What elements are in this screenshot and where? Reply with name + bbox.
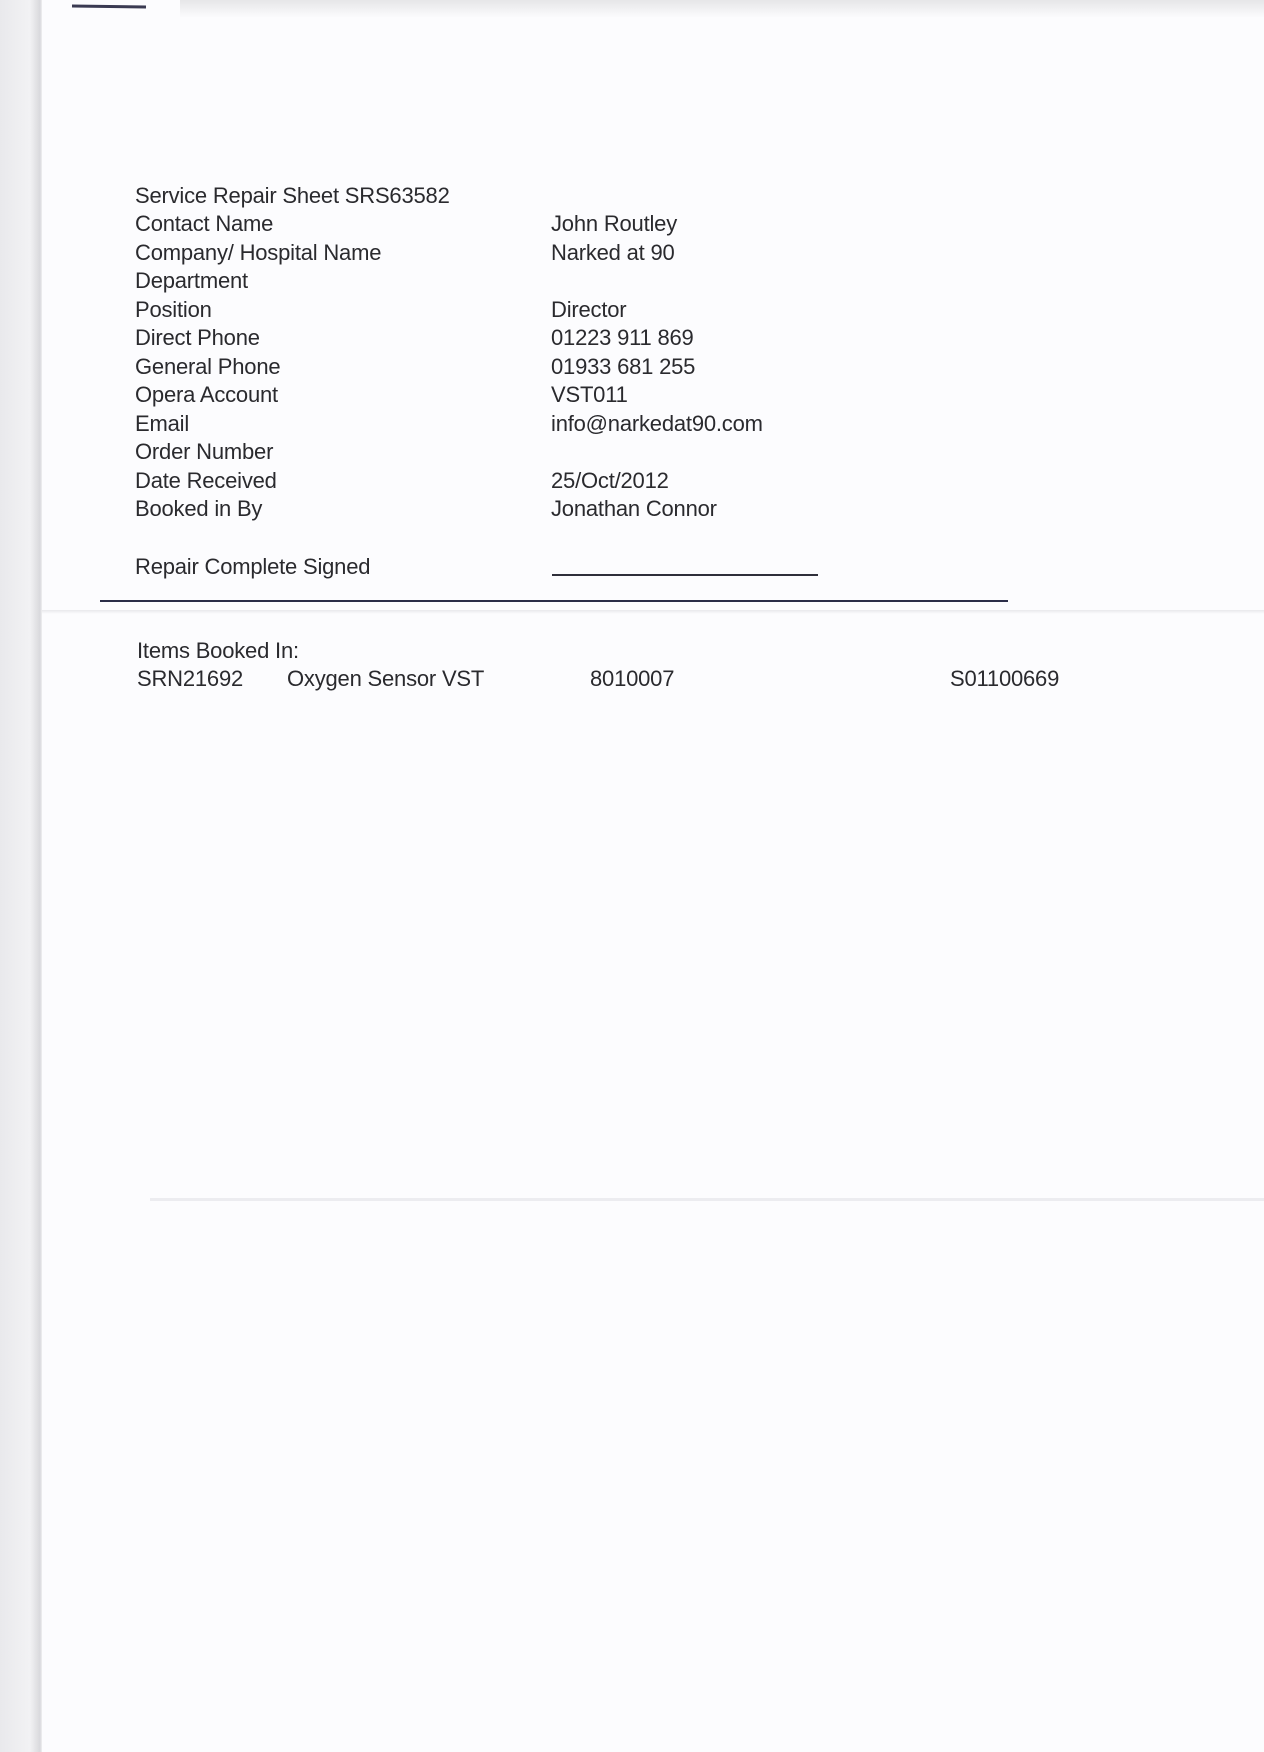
- general-phone-value: 01933 681 255: [551, 354, 695, 380]
- section-divider: [100, 600, 1008, 602]
- item-srn: SRN21692: [137, 666, 243, 692]
- position-value: Director: [551, 297, 626, 323]
- item-description: Oxygen Sensor VST: [287, 666, 484, 692]
- general-phone-label: General Phone: [135, 354, 280, 380]
- direct-phone-label: Direct Phone: [135, 325, 260, 351]
- booked-in-by-value: Jonathan Connor: [551, 496, 717, 522]
- date-received-label: Date Received: [135, 468, 277, 494]
- signature-line: [552, 574, 818, 576]
- service-repair-sheet: Service Repair Sheet SRS63582 Contact Na…: [0, 0, 1264, 1752]
- items-booked-in-heading: Items Booked In:: [137, 638, 299, 664]
- item-part-number: 8010007: [590, 666, 674, 692]
- company-name-value: Narked at 90: [551, 240, 675, 266]
- booked-in-by-label: Booked in By: [135, 496, 262, 522]
- contact-name-label: Contact Name: [135, 211, 273, 237]
- item-serial: S01100669: [950, 666, 1059, 692]
- paper-fold-lower: [150, 1198, 1264, 1201]
- position-label: Position: [135, 297, 212, 323]
- email-value: info@narkedat90.com: [551, 411, 763, 437]
- department-label: Department: [135, 268, 248, 294]
- contact-name-value: John Routley: [551, 211, 677, 237]
- opera-account-value: VST011: [551, 382, 628, 408]
- company-name-label: Company/ Hospital Name: [135, 240, 381, 266]
- direct-phone-value: 01223 911 869: [551, 325, 694, 351]
- opera-account-label: Opera Account: [135, 382, 278, 408]
- date-received-value: 25/Oct/2012: [551, 468, 669, 494]
- sheet-title: Service Repair Sheet SRS63582: [135, 183, 450, 209]
- order-number-label: Order Number: [135, 439, 273, 465]
- email-label: Email: [135, 411, 189, 437]
- repair-complete-signed-label: Repair Complete Signed: [135, 554, 370, 580]
- paper-fold: [42, 610, 1264, 614]
